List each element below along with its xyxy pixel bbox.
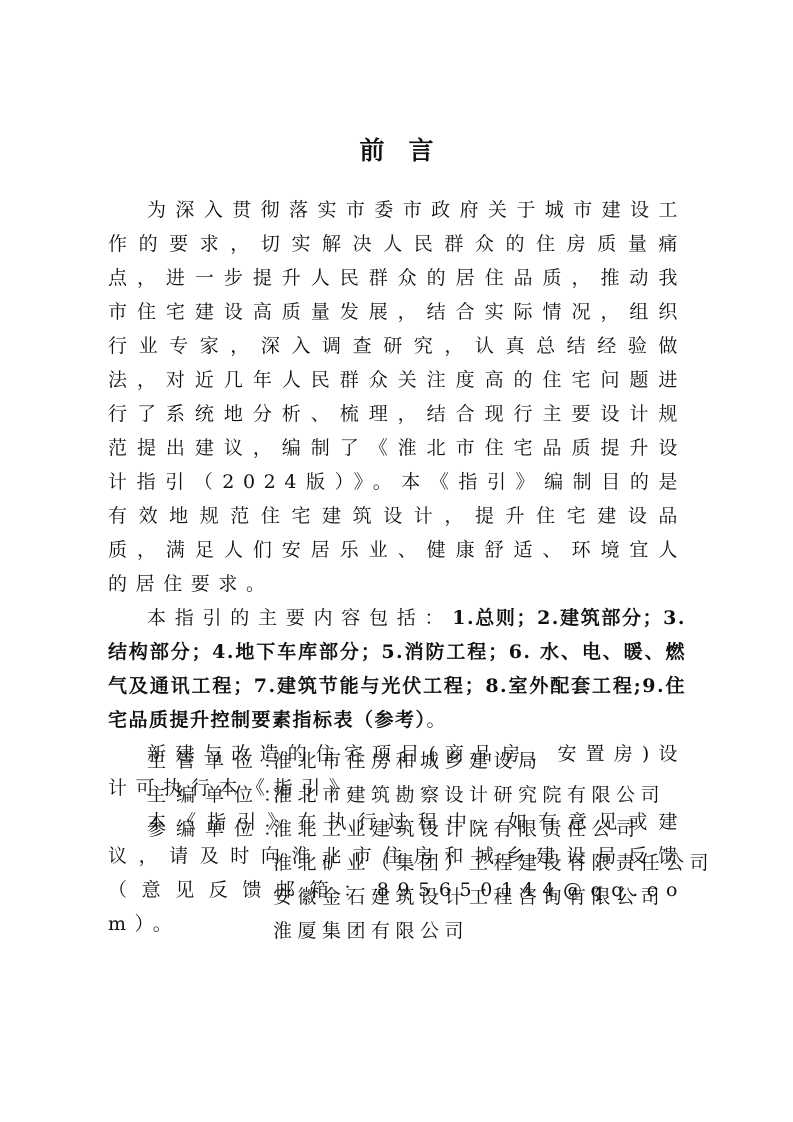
contents-item-4: 4.地下车库部分； — [212, 641, 381, 663]
unit-value: 淮北市建筑勘察设计研究院有限公司 — [273, 778, 665, 812]
unit-values-supervisor: 淮北市住房和城乡建设局 — [273, 744, 543, 778]
unit-row-chief-editor: 主编单位： 淮北市建筑勘察设计研究院有限公司 — [147, 778, 687, 812]
organization-units: 主管单位： 淮北市住房和城乡建设局 主编单位： 淮北市建筑勘察设计研究院有限公司… — [147, 744, 687, 948]
unit-values-chief-editor: 淮北市建筑勘察设计研究院有限公司 — [273, 778, 665, 812]
unit-row-supervisor: 主管单位： 淮北市住房和城乡建设局 — [147, 744, 687, 778]
paragraph-intro: 为深入贯彻落实市委市政府关于城市建设工作的要求，切实解决人民群众的住房质量痛点，… — [108, 193, 686, 601]
unit-value: 淮北工业建筑设计院有限责任公司 — [273, 812, 714, 846]
unit-value: 淮北矿业（集团）工程建设有限责任公司 — [273, 846, 714, 880]
contents-item-2: 2.建筑部分； — [537, 607, 663, 629]
contents-item-1: 1.总则； — [452, 607, 537, 629]
page-title: 前言 — [0, 134, 793, 168]
unit-label-supervisor: 主管单位： — [147, 744, 273, 778]
contents-item-7: 7.建筑节能与光伏工程； — [254, 675, 486, 697]
contents-item-5: 5.消防工程； — [381, 641, 508, 663]
contents-lead: 本指引的主要内容包括： — [147, 607, 452, 629]
unit-value: 淮北市住房和城乡建设局 — [273, 744, 543, 778]
unit-value: 淮厦集团有限公司 — [273, 914, 714, 948]
unit-values-co-editors: 淮北工业建筑设计院有限责任公司 淮北矿业（集团）工程建设有限责任公司 安徽金石建… — [273, 812, 714, 948]
paragraph-contents: 本指引的主要内容包括：1.总则；2.建筑部分；3.结构部分；4.地下车库部分；5… — [108, 601, 686, 737]
unit-value: 安徽金石建筑设计工程咨询有限公司 — [273, 880, 714, 914]
contents-tail: 。 — [427, 709, 455, 731]
document-page: 前言 为深入贯彻落实市委市政府关于城市建设工作的要求，切实解决人民群众的住房质量… — [0, 0, 793, 1122]
unit-row-co-editors: 参编单位： 淮北工业建筑设计院有限责任公司 淮北矿业（集团）工程建设有限责任公司… — [147, 812, 687, 948]
unit-label-co-editors: 参编单位： — [147, 812, 273, 948]
contents-item-8: 8.室外配套工程; — [485, 675, 642, 697]
unit-label-chief-editor: 主编单位： — [147, 778, 273, 812]
